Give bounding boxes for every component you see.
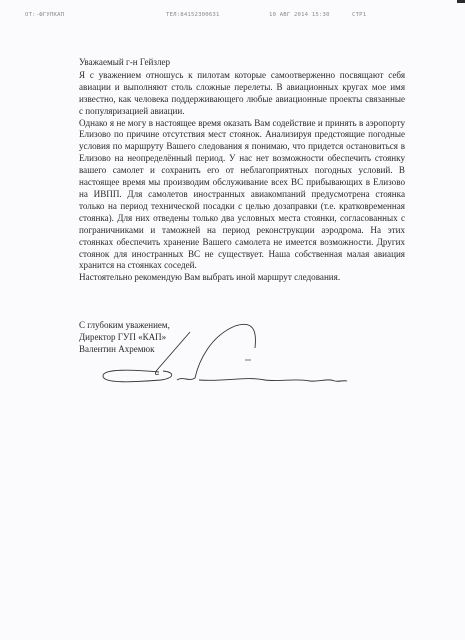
scan-corner-mark — [457, 0, 465, 3]
salutation: Уважаемый г-н Гейзлер — [79, 57, 405, 69]
paragraph-3: Настоятельно рекомендую Вам выбрать иной… — [79, 272, 405, 284]
fax-sender: ОТ:-ФГУПКАП — [25, 12, 64, 18]
fax-phone: ТЕЛ:84152300631 — [166, 12, 220, 18]
paragraph-1: Я с уважением отношусь к пилотам которые… — [79, 70, 405, 118]
handwritten-signature-icon — [95, 320, 355, 386]
fax-page-number: СТР1 — [352, 12, 366, 18]
fax-datetime: 10 АВГ 2014 15:30 — [269, 12, 330, 18]
letter-body: Уважаемый г-н Гейзлер Я с уважением отно… — [79, 57, 405, 284]
paragraph-2: Однако я не могу в настоящее время оказа… — [79, 118, 405, 273]
fax-header: ОТ:-ФГУПКАП ТЕЛ:84152300631 10 АВГ 2014 … — [24, 12, 445, 22]
